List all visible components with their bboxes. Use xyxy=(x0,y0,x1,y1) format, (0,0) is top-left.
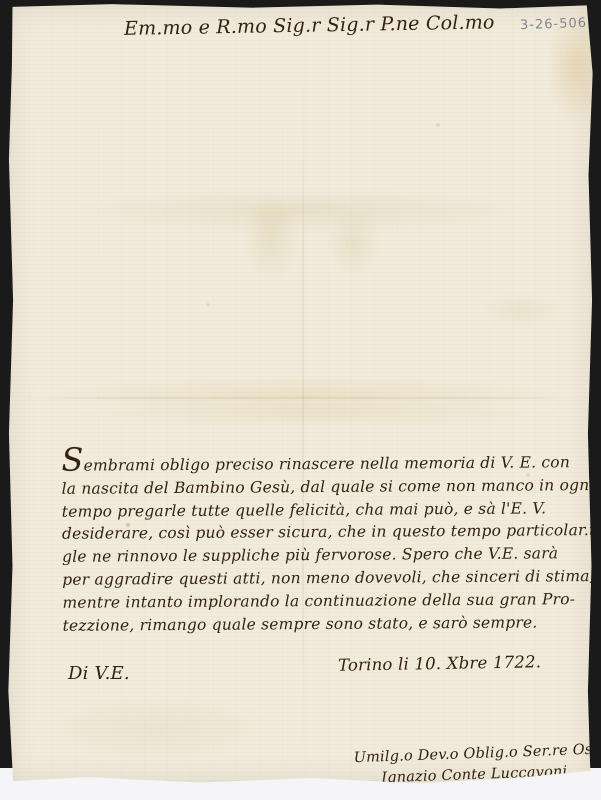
horizontal-fold-crease xyxy=(16,397,591,399)
letter-body: Sembrami obligo preciso rinascere nella … xyxy=(61,451,572,637)
stain xyxy=(66,188,536,234)
body-line: Sembrami obligo preciso rinascere nella … xyxy=(61,451,571,477)
body-line: per aggradire questi atti, non meno dove… xyxy=(62,565,572,591)
fold-stain xyxy=(46,375,566,415)
ink-speck xyxy=(206,303,210,307)
body-line: la nascita del Bambino Gesù, dal quale s… xyxy=(62,474,572,500)
fold-stain xyxy=(66,401,566,427)
salutation-line: Em.mo e R.mo Sig.r Sig.r P.ne Col.mo xyxy=(124,12,454,40)
ink-speck xyxy=(436,123,440,127)
seal-impression xyxy=(326,208,381,278)
stain xyxy=(476,293,566,327)
vertical-fold-crease xyxy=(302,63,304,763)
dateline: Torino li 10. Xbre 1722. xyxy=(338,652,541,675)
body-line: mentre intanto implorando la continuazio… xyxy=(62,588,572,614)
letter-paper: Em.mo e R.mo Sig.r Sig.r P.ne Col.mo 3-2… xyxy=(6,3,595,785)
signature-block: Umilg.o Dev.o Oblig.o Ser.re Oss.mo Igna… xyxy=(353,740,594,790)
seal-impression xyxy=(241,193,301,283)
scan-background: Em.mo e R.mo Sig.r Sig.r P.ne Col.mo 3-2… xyxy=(0,0,601,800)
stain xyxy=(36,693,276,763)
body-line: tezzione, rimango quale sempre sono stat… xyxy=(62,611,572,637)
archival-number: 3-26-506 xyxy=(520,16,587,33)
closing-formula: Di V.E. xyxy=(68,663,130,684)
